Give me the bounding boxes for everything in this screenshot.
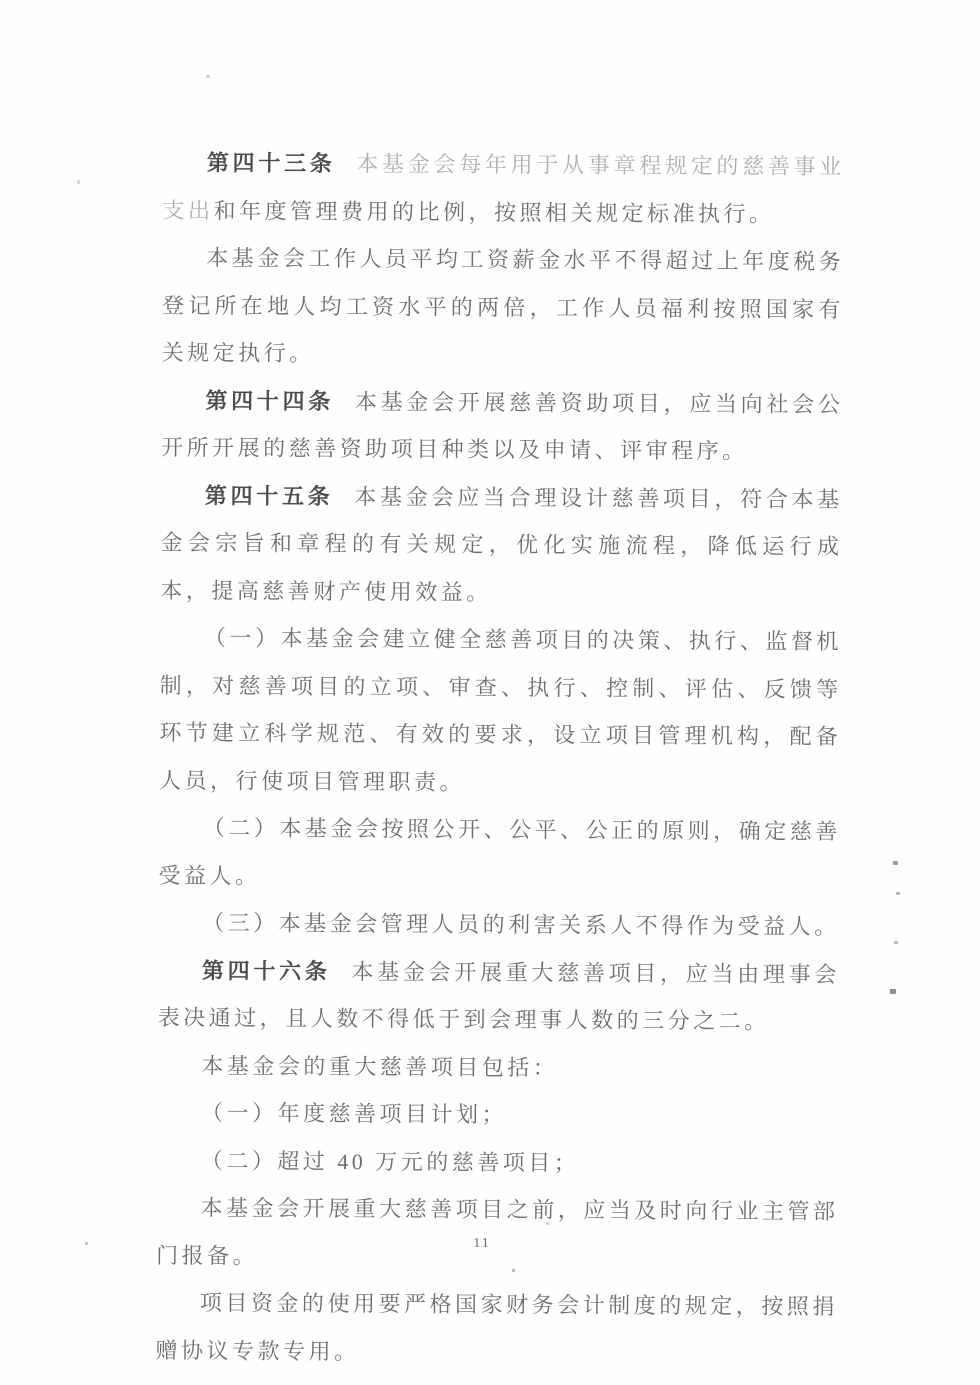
article-45-item-1: （一）本基金会建立健全慈善项目的决策、执行、监督机制，对慈善项目的立项、审查、执… — [159, 614, 842, 808]
major-project-item-2-text: （二）超过 40 万元的慈善项目； — [201, 1148, 580, 1175]
article-44-paragraph: 第四十四条本基金会开展慈善资助项目，应当向社会公开所开展的慈善资助项目种类以及申… — [161, 376, 844, 475]
article-43-body: 和年度管理费用的比例，按照相关规定标准执行。 — [214, 198, 775, 226]
article-43-staff-salary-paragraph: 本基金会工作人员平均工资薪金水平不得超过上年度税务登记所在地人均工资水平的两倍，… — [162, 234, 845, 381]
scan-artifact — [512, 1269, 515, 1272]
scan-artifact — [894, 941, 898, 944]
filing-requirement-paragraph: 本基金会开展重大慈善项目之前，应当及时向行业主管部门报备。 — [156, 1184, 839, 1283]
scan-artifact — [77, 180, 80, 184]
article-45-item-2: （二）本基金会按照公开、公平、公正的原则，确定慈善受益人。 — [158, 804, 841, 903]
article-45-item-3: （三）本基金会管理人员的利害关系人不得作为受益人。 — [158, 899, 840, 951]
staff-salary-text: 本基金会工作人员平均工资薪金水平不得超过上年度税务登记所在地人均工资水平的两倍，… — [162, 245, 845, 366]
scan-artifact — [890, 989, 896, 994]
funds-usage-text: 项目资金的使用要严格国家财务会计制度的规定，按照捐赠协议专款专用。 — [156, 1290, 838, 1363]
article-45-item-1-text: （一）本基金会建立健全慈善项目的决策、执行、监督机制，对慈善项目的立项、审查、执… — [159, 625, 842, 794]
article-43-paragraph: 第四十三条本基金会每年用于从事章程规定的慈善事业支出和年度管理费用的比例，按照相… — [162, 139, 845, 238]
major-project-item-1-text: （一）年度慈善项目计划； — [201, 1100, 507, 1127]
major-project-item-2: （二）超过 40 万元的慈善项目； — [157, 1136, 839, 1188]
article-43-number: 第四十三条 — [207, 150, 336, 176]
article-45-number: 第四十五条 — [205, 483, 334, 509]
article-44-number: 第四十四条 — [205, 388, 334, 414]
page-number: 11 — [0, 1236, 980, 1252]
major-projects-intro-text: 本基金会的重大慈善项目包括： — [201, 1053, 558, 1080]
major-projects-intro: 本基金会的重大慈善项目包括： — [157, 1041, 839, 1093]
scanned-document-page: 第四十三条本基金会每年用于从事章程规定的慈善事业支出和年度管理费用的比例，按照相… — [0, 0, 980, 1385]
scan-artifact — [893, 861, 898, 865]
scan-artifact — [546, 1222, 549, 1225]
article-45-paragraph: 第四十五条本基金会应当合理设计慈善项目，符合本基金会宗旨和章程的有关规定，优化实… — [160, 471, 843, 618]
document-body: 第四十三条本基金会每年用于从事章程规定的慈善事业支出和年度管理费用的比例，按照相… — [155, 139, 845, 1378]
filing-requirement-text: 本基金会开展重大慈善项目之前，应当及时向行业主管部门报备。 — [156, 1195, 838, 1268]
scan-artifact — [896, 892, 900, 895]
major-project-item-1: （一）年度慈善项目计划； — [157, 1089, 839, 1141]
article-45-item-3-text: （三）本基金会管理人员的利害关系人不得作为受益人。 — [202, 910, 840, 939]
article-45-item-2-text: （二）本基金会按照公开、公平、公正的原则，确定慈善受益人。 — [158, 815, 840, 888]
article-46-paragraph: 第四十六条本基金会开展重大慈善项目，应当由理事会表决通过，且人数不得低于到会理事… — [157, 946, 840, 1045]
funds-usage-paragraph: 项目资金的使用要严格国家财务会计制度的规定，按照捐赠协议专款专用。 — [155, 1279, 838, 1378]
article-46-number: 第四十六条 — [202, 958, 331, 984]
scan-artifact — [206, 75, 210, 78]
scan-artifact — [85, 1242, 88, 1245]
